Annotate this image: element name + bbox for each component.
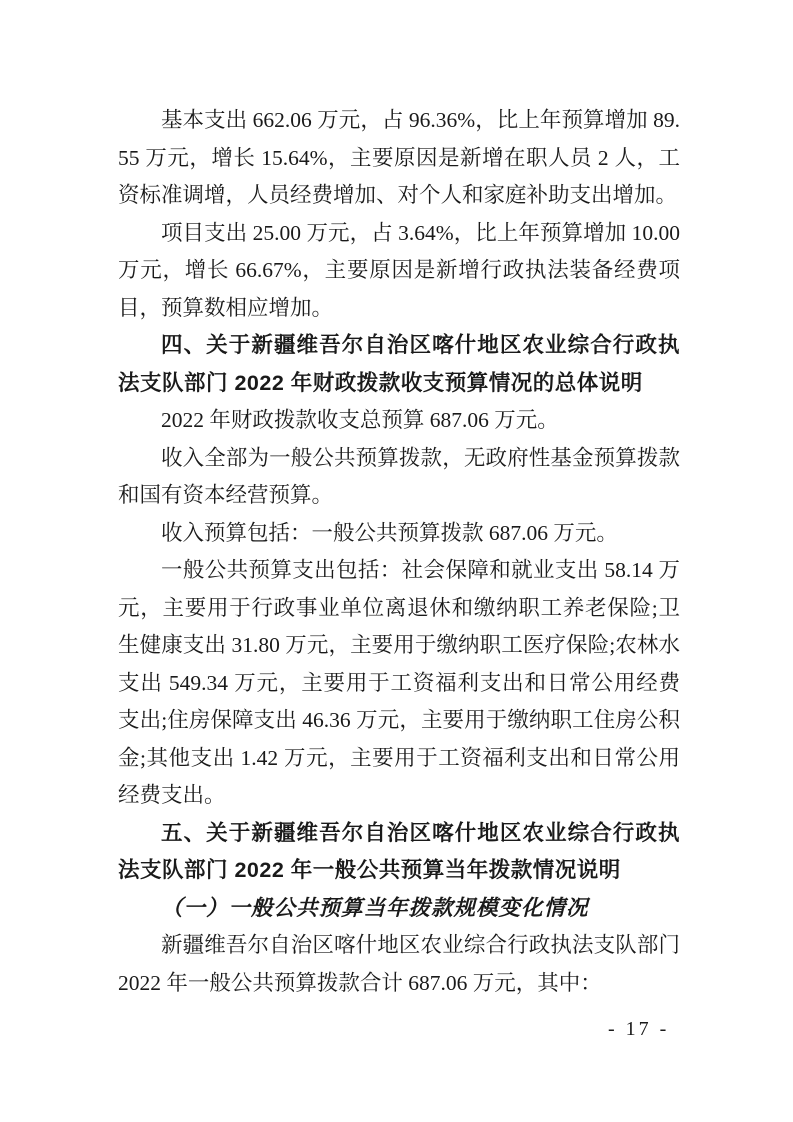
document-body: 基本支出 662.06 万元，占 96.36%，比上年预算增加 89.55 万元…: [118, 102, 680, 1002]
section-heading-4: 四、关于新疆维吾尔自治区喀什地区农业综合行政执法支队部门 2022 年财政拨款收…: [118, 327, 680, 402]
paragraph-project-expenditure: 项目支出 25.00 万元，占 3.64%，比上年预算增加 10.00 万元，增…: [118, 215, 680, 328]
section-heading-5: 五、关于新疆维吾尔自治区喀什地区农业综合行政执法支队部门 2022 年一般公共预…: [118, 815, 680, 890]
page-number: - 17 -: [608, 1018, 669, 1041]
paragraph-income-source: 收入全部为一般公共预算拨款，无政府性基金预算拨款和国有资本经营预算。: [118, 440, 680, 515]
subsection-heading-5-1: （一）一般公共预算当年拨款规模变化情况: [118, 890, 680, 928]
paragraph-appropriation-total: 新疆维吾尔自治区喀什地区农业综合行政执法支队部门 2022 年一般公共预算拨款合…: [118, 927, 680, 1002]
paragraph-basic-expenditure: 基本支出 662.06 万元，占 96.36%，比上年预算增加 89.55 万元…: [118, 102, 680, 215]
document-page: 基本支出 662.06 万元，占 96.36%，比上年预算增加 89.55 万元…: [0, 0, 793, 1122]
paragraph-income-budget: 收入预算包括：一般公共预算拨款 687.06 万元。: [118, 515, 680, 553]
paragraph-expenditure-breakdown: 一般公共预算支出包括：社会保障和就业支出 58.14 万元，主要用于行政事业单位…: [118, 552, 680, 815]
paragraph-total-budget: 2022 年财政拨款收支总预算 687.06 万元。: [118, 402, 680, 440]
